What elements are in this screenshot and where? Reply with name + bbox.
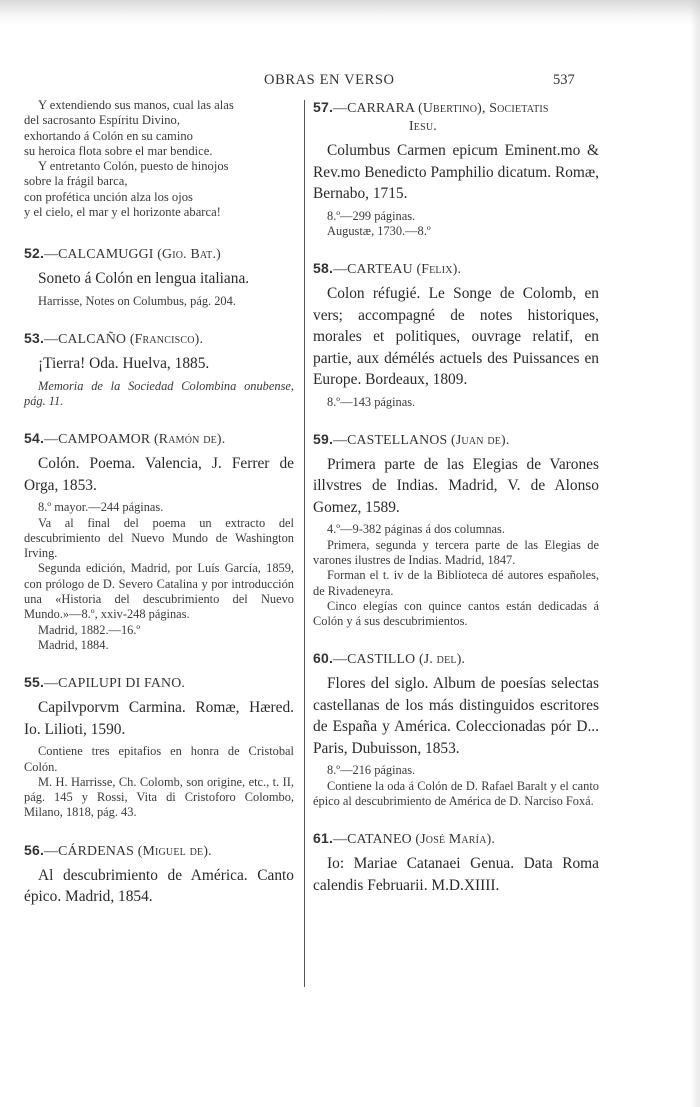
- entry-note: Primera, segunda y tercera parte de las …: [313, 538, 599, 569]
- entry-author: CARRARA: [347, 100, 414, 115]
- entry-number: 60.: [313, 650, 333, 666]
- verse-line: del sacrosanto Espíritu Divino,: [24, 113, 294, 128]
- entry-author-given: (J. del).: [419, 651, 465, 666]
- entry-heading: 55.—CAPILUPI DI FANO.: [24, 673, 294, 692]
- entry-title: Colon réfugié. Le Songe de Colomb, en ve…: [313, 283, 599, 391]
- entry-author: CARTEAU: [347, 261, 413, 276]
- entry-note: Memoria de la Sociedad Colombina onubens…: [24, 379, 294, 410]
- entry-title: Columbus Carmen epicum Eminent.mo & Rev.…: [313, 140, 599, 205]
- entry-title: Primera parte de las Elegias de Varones …: [313, 454, 599, 519]
- entry-heading: 56.—CÁRDENAS (Miguel de).: [24, 841, 294, 860]
- entry-note: 4.º—9-382 páginas á dos columnas.: [313, 522, 599, 537]
- entry-author-given: (Juan de).: [451, 432, 509, 447]
- scan-edge-right: [690, 0, 700, 1107]
- entry-note: Contiene la oda á Colón de D. Rafael Bar…: [313, 779, 599, 810]
- verse-line: sobre la frágil barca,: [24, 174, 294, 189]
- entry-number: 52.: [24, 245, 44, 261]
- entry-heading: 59.—CASTELLANOS (Juan de).: [313, 430, 599, 449]
- entry-number: 56.: [24, 842, 44, 858]
- entry-title: ¡Tierra! Oda. Huelva, 1885.: [24, 353, 294, 375]
- entry-author-given: (Francisco).: [130, 331, 203, 346]
- entry-number: 59.: [313, 431, 333, 447]
- entry-number: 61.: [313, 830, 333, 846]
- entry-author-continuation: Iesu.: [313, 117, 599, 135]
- entry-author: CALCAÑO: [58, 331, 126, 346]
- entry-note: Harrisse, Notes on Columbus, pág. 204.: [24, 294, 294, 309]
- entry-number: 54.: [24, 430, 44, 446]
- entry-title: Soneto á Colón en lengua italiana.: [24, 268, 294, 290]
- right-column: 57.—CARRARA (Ubertino), Societatis Iesu.…: [313, 98, 599, 900]
- left-column: Y extendiendo sus manos, cual las alas d…: [24, 98, 294, 912]
- entry-heading: 52.—CALCAMUGGI (Gio. Bat.): [24, 244, 294, 263]
- entry-heading: 60.—CASTILLO (J. del).: [313, 649, 599, 668]
- entry-author-given: (Felix).: [416, 261, 461, 276]
- entry-53: 53.—CALCAÑO (Francisco). ¡Tierra! Oda. H…: [24, 329, 294, 409]
- page-number: 537: [553, 72, 575, 89]
- verse-line: Y extendiendo sus manos, cual las alas: [24, 98, 294, 113]
- entry-number: 57.: [313, 99, 333, 115]
- column-divider: [304, 100, 305, 987]
- entry-54: 54.—CAMPOAMOR (Ramón de). Colón. Poema. …: [24, 429, 294, 653]
- entry-59: 59.—CASTELLANOS (Juan de). Primera parte…: [313, 430, 599, 630]
- verse-line: con profética unción alza los ojos: [24, 190, 294, 205]
- entry-author: CASTELLANOS: [347, 432, 447, 447]
- entry-heading: 53.—CALCAÑO (Francisco).: [24, 329, 294, 348]
- entry-note: Madrid, 1882.—16.º: [24, 623, 294, 638]
- entry-author: CÁRDENAS: [58, 843, 134, 858]
- scan-edge-top: [0, 0, 700, 26]
- entry-title: Colón. Poema. Valencia, J. Ferrer de Org…: [24, 453, 294, 496]
- entry-note: 8.º—299 páginas.: [313, 209, 599, 224]
- entry-57: 57.—CARRARA (Ubertino), Societatis Iesu.…: [313, 98, 599, 239]
- entry-note: Augustæ, 1730.—8.º: [313, 224, 599, 239]
- entry-note: Segunda edición, Madrid, por Luís García…: [24, 561, 294, 622]
- entry-author: CASTILLO: [347, 651, 415, 666]
- running-head-title: OBRAS EN VERSO: [264, 72, 395, 89]
- entry-heading: 58.—CARTEAU (Felix).: [313, 259, 599, 278]
- entry-60: 60.—CASTILLO (J. del). Flores del siglo.…: [313, 649, 599, 809]
- entry-author-given: (Miguel de).: [138, 843, 212, 858]
- entry-number: 58.: [313, 260, 333, 276]
- entry-author-given: (Gio. Bat.): [157, 246, 221, 261]
- entry-heading: 61.—CATANEO (José María).: [313, 829, 599, 848]
- entry-note: Va al final del poema un extracto del de…: [24, 516, 294, 562]
- entry-heading: 57.—CARRARA (Ubertino), Societatis Iesu.: [313, 98, 599, 135]
- entry-heading: 54.—CAMPOAMOR (Ramón de).: [24, 429, 294, 448]
- entry-note: 8.º—143 páginas.: [313, 395, 599, 410]
- entry-55: 55.—CAPILUPI DI FANO. Capilvporvm Carmin…: [24, 673, 294, 820]
- verse-continuation: Y extendiendo sus manos, cual las alas d…: [24, 98, 294, 220]
- entry-author-given: (José María).: [415, 831, 495, 846]
- entry-author-given: (Ubertino), Societatis: [418, 100, 549, 115]
- entry-note: 8.º—216 páginas.: [313, 763, 599, 778]
- entry-note: Cinco elegías con quince cantos están de…: [313, 599, 599, 630]
- entry-58: 58.—CARTEAU (Felix). Colon réfugié. Le S…: [313, 259, 599, 410]
- entry-52: 52.—CALCAMUGGI (Gio. Bat.) Soneto á Coló…: [24, 244, 294, 309]
- verse-line: y el cielo, el mar y el horizonte abarca…: [24, 205, 294, 220]
- entry-number: 53.: [24, 330, 44, 346]
- entry-author: CAMPOAMOR: [58, 431, 150, 446]
- entry-note: Madrid, 1884.: [24, 638, 294, 653]
- entry-note: M. H. Harrisse, Ch. Colomb, son origine,…: [24, 775, 294, 821]
- entry-author-given: (Ramón de).: [154, 431, 225, 446]
- entry-author: CAPILUPI DI FANO.: [58, 675, 185, 690]
- entry-note: Forman el t. iv de la Biblioteca dé auto…: [313, 568, 599, 599]
- verse-line: su heroica flota sobre el mar bendice.: [24, 144, 294, 159]
- verse-line: exhortando á Colón en su camino: [24, 129, 294, 144]
- entry-title: Al descubrimiento de América. Canto épic…: [24, 865, 294, 908]
- running-head: OBRAS EN VERSO 537: [0, 72, 700, 92]
- entry-title: Flores del siglo. Album de poesías selec…: [313, 673, 599, 759]
- verse-line: Y entretanto Colón, puesto de hinojos: [24, 159, 294, 174]
- entry-61: 61.—CATANEO (José María). Io: Mariae Cat…: [313, 829, 599, 896]
- entry-title: Capilvporvm Carmina. Romæ, Hæred. Io. Li…: [24, 697, 294, 740]
- entry-author: CALCAMUGGI: [58, 246, 154, 261]
- entry-author: CATANEO: [347, 831, 412, 846]
- entry-title: Io: Mariae Catanaei Genua. Data Roma cal…: [313, 853, 599, 896]
- entry-note: Contiene tres epitafios en honra de Cris…: [24, 744, 294, 775]
- entry-56: 56.—CÁRDENAS (Miguel de). Al descubrimie…: [24, 841, 294, 908]
- entry-note: 8.º mayor.—244 páginas.: [24, 500, 294, 515]
- entry-number: 55.: [24, 674, 44, 690]
